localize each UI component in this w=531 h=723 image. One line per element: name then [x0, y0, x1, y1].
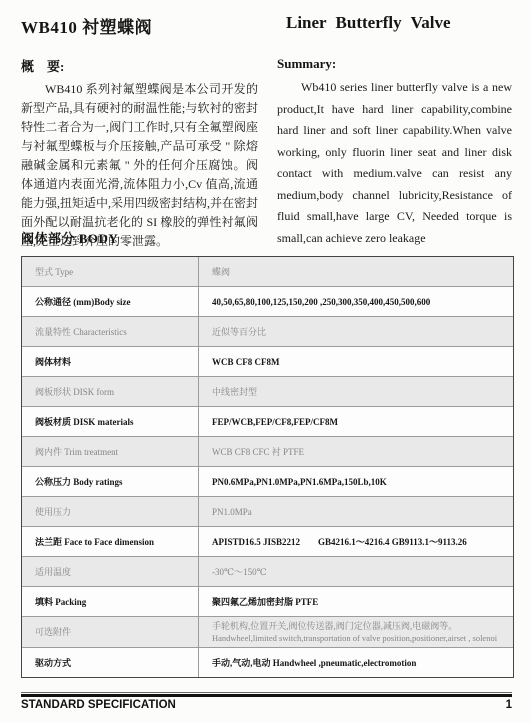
- row-value: 近似等百分比: [199, 317, 513, 346]
- row-label: 填料 Packing: [22, 587, 199, 616]
- row-value: -30℃～150℃: [199, 557, 513, 586]
- row-value: APISTD16.5 JISB2212 GB4216.1～4216.4 GB91…: [199, 527, 513, 556]
- table-row: 阀板材质 DISK materialsFEP/WCB,FEP/CF8,FEP/C…: [22, 406, 513, 436]
- body-spec-table: 型式 Type蝶阀公称通径 (mm)Body size40,50,65,80,1…: [21, 256, 514, 678]
- row-label: 阀板材质 DISK materials: [22, 407, 199, 436]
- summary-paragraph-english: Wb410 series liner butterfly valve is a …: [277, 77, 512, 249]
- footer-page-number: 1: [506, 699, 512, 711]
- row-value-line1: PN1.0MPa: [212, 506, 505, 518]
- row-value-line1: -30℃～150℃: [212, 566, 505, 578]
- summary-column-english: Summary: Wb410 series liner butterfly va…: [277, 56, 512, 249]
- summary-heading-chinese: 概 要:: [21, 56, 258, 75]
- table-row: 阀板形状 DISK form中线密封型: [22, 376, 513, 406]
- row-value-line1: 40,50,65,80,100,125,150,200 ,250,300,350…: [212, 296, 505, 308]
- row-value: WCB CF8 CFC 衬 PTFE: [199, 437, 513, 466]
- row-label: 公称通径 (mm)Body size: [22, 287, 199, 316]
- table-row: 流量特性 Characteristics近似等百分比: [22, 316, 513, 346]
- row-label: 阀体材料: [22, 347, 199, 376]
- row-label: 法兰距 Face to Face dimension: [22, 527, 199, 556]
- document-page: WB410 衬塑蝶阀 Liner Butterfly Valve 概 要: WB…: [0, 0, 531, 723]
- table-row: 型式 Type蝶阀: [22, 257, 513, 286]
- summary-paragraph-chinese: WB410 系列衬氟塑蝶阀是本公司开发的新型产品,具有硬衬的耐温性能;与软衬的密…: [21, 80, 258, 251]
- row-value: 40,50,65,80,100,125,150,200 ,250,300,350…: [199, 287, 513, 316]
- row-label: 阀内件 Trim treatment: [22, 437, 199, 466]
- row-value-line1: PN0.6MPa,PN1.0MPa,PN1.6MPa,150Lb,10K: [212, 476, 505, 488]
- row-label: 可选附件: [22, 617, 199, 647]
- body-table-heading: 阀体部分 BODY: [21, 228, 118, 247]
- table-row: 可选附件手轮机构,位置开关,阀位传送器,阀门定位器,减压阀,电磁阀等。Handw…: [22, 616, 513, 647]
- row-value: WCB CF8 CF8M: [199, 347, 513, 376]
- row-value-line1: 聚四氟乙烯加密封脂 PTFE: [212, 596, 505, 608]
- footer-rule-thin: [21, 692, 512, 693]
- row-value-line1: WCB CF8 CF8M: [212, 356, 505, 368]
- row-label: 驱动方式: [22, 648, 199, 677]
- page-title-chinese: WB410 衬塑蝶阀: [21, 13, 152, 38]
- table-row: 公称通径 (mm)Body size40,50,65,80,100,125,15…: [22, 286, 513, 316]
- row-value: 蝶阀: [199, 257, 513, 286]
- row-value-line1: WCB CF8 CFC 衬 PTFE: [212, 446, 505, 458]
- page-title-english: Liner Butterfly Valve: [286, 13, 451, 33]
- row-label: 型式 Type: [22, 257, 199, 286]
- table-row: 阀内件 Trim treatmentWCB CF8 CFC 衬 PTFE: [22, 436, 513, 466]
- row-value: FEP/WCB,FEP/CF8,FEP/CF8M: [199, 407, 513, 436]
- row-value: 手动,气动,电动 Handwheel ,pneumatic,electromot…: [199, 648, 513, 677]
- table-row: 公称压力 Body ratingsPN0.6MPa,PN1.0MPa,PN1.6…: [22, 466, 513, 496]
- row-value-line1: 中线密封型: [212, 386, 505, 398]
- table-row: 适用温度-30℃～150℃: [22, 556, 513, 586]
- row-value-line1: FEP/WCB,FEP/CF8,FEP/CF8M: [212, 416, 505, 428]
- row-label: 适用温度: [22, 557, 199, 586]
- table-row: 填料 Packing聚四氟乙烯加密封脂 PTFE: [22, 586, 513, 616]
- row-value-line1: APISTD16.5 JISB2212 GB4216.1～4216.4 GB91…: [212, 536, 505, 548]
- summary-heading-english: Summary:: [277, 56, 512, 72]
- table-row: 法兰距 Face to Face dimensionAPISTD16.5 JIS…: [22, 526, 513, 556]
- row-label: 阀板形状 DISK form: [22, 377, 199, 406]
- footer-standard-specification-label: STANDARD SPECIFICATION: [21, 699, 176, 711]
- row-value: PN0.6MPa,PN1.0MPa,PN1.6MPa,150Lb,10K: [199, 467, 513, 496]
- row-label: 使用压力: [22, 497, 199, 526]
- page-footer: STANDARD SPECIFICATION 1: [21, 699, 512, 711]
- row-label: 流量特性 Characteristics: [22, 317, 199, 346]
- row-value-line1: 手动,气动,电动 Handwheel ,pneumatic,electromot…: [212, 657, 505, 669]
- row-value: PN1.0MPa: [199, 497, 513, 526]
- summary-column-chinese: 概 要: WB410 系列衬氟塑蝶阀是本公司开发的新型产品,具有硬衬的耐温性能;…: [21, 56, 258, 251]
- footer-divider: [21, 692, 512, 697]
- row-value: 手轮机构,位置开关,阀位传送器,阀门定位器,减压阀,电磁阀等。Handwheel…: [199, 617, 513, 647]
- table-row: 驱动方式手动,气动,电动 Handwheel ,pneumatic,electr…: [22, 647, 513, 677]
- row-value-line2: Handwheel,limited switch,transportation …: [212, 633, 505, 644]
- row-value-line1: 近似等百分比: [212, 326, 505, 338]
- row-value: 中线密封型: [199, 377, 513, 406]
- footer-rule-thick: [21, 694, 512, 697]
- table-row: 阀体材料WCB CF8 CF8M: [22, 346, 513, 376]
- row-value-line1: 手轮机构,位置开关,阀位传送器,阀门定位器,减压阀,电磁阀等。: [212, 620, 505, 632]
- table-row: 使用压力PN1.0MPa: [22, 496, 513, 526]
- row-label: 公称压力 Body ratings: [22, 467, 199, 496]
- row-value-line1: 蝶阀: [212, 266, 505, 278]
- row-value: 聚四氟乙烯加密封脂 PTFE: [199, 587, 513, 616]
